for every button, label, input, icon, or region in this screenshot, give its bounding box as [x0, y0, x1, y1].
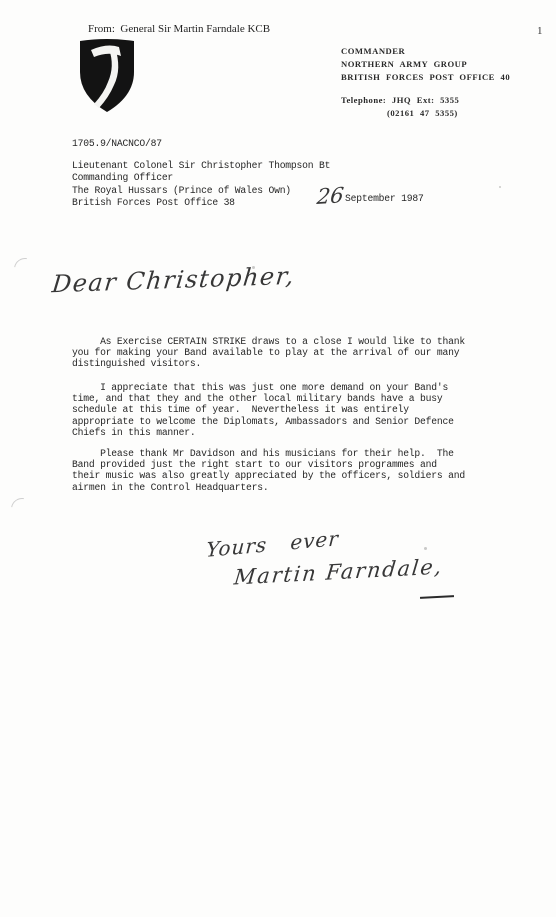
recipient-regiment: The Royal Hussars (Prince of Wales Own)	[72, 185, 330, 197]
body-paragraph-1: As Exercise CERTAIN STRIKE draws to a cl…	[72, 336, 465, 370]
letter-page: From: General Sir Martin Farndale KCB 1 …	[0, 0, 556, 917]
letterhead-telephone-2: (02161 47 5355)	[341, 107, 510, 120]
letterhead-army-group: NORTHERN ARMY GROUP	[341, 58, 510, 71]
scan-speck	[252, 266, 255, 269]
scan-punch-mark-bottom	[7, 494, 38, 525]
salutation: Dear Christopher,	[51, 262, 297, 299]
page-number: 1	[537, 25, 543, 37]
letterhead-commander: COMMANDER	[341, 45, 510, 58]
body-paragraph-3: Please thank Mr Davidson and his musicia…	[72, 448, 465, 493]
reference-number: 1705.9/NACNCO/87	[72, 138, 162, 149]
handwritten-date-day: 26	[316, 183, 345, 209]
letterhead-telephone: Telephone: JHQ Ext: 5355	[341, 94, 510, 107]
signature: Martin Farndale,	[233, 554, 444, 589]
recipient-name: Lieutenant Colonel Sir Christopher Thomp…	[72, 160, 330, 172]
signature-underline	[420, 595, 454, 599]
recipient-title: Commanding Officer	[72, 172, 330, 184]
recipient-address-block: Lieutenant Colonel Sir Christopher Thomp…	[72, 160, 330, 210]
body-paragraph-2: I appreciate that this was just one more…	[72, 382, 454, 438]
letterhead-post-office: BRITISH FORCES POST OFFICE 40	[341, 71, 510, 84]
scan-speck	[424, 547, 427, 550]
scan-speck	[499, 186, 501, 188]
scan-punch-mark-top	[10, 254, 41, 285]
valediction: Yours ever	[205, 526, 339, 562]
northag-shield-badge-icon	[78, 38, 136, 119]
typed-date: September 1987	[345, 193, 424, 204]
letterhead-block: COMMANDER NORTHERN ARMY GROUP BRITISH FO…	[341, 45, 510, 120]
from-line: From: General Sir Martin Farndale KCB	[88, 23, 270, 35]
recipient-post-office: British Forces Post Office 38	[72, 197, 330, 209]
